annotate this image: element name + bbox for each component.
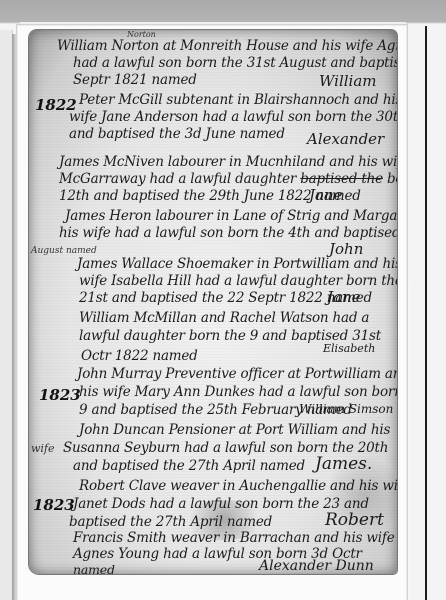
entry-6-line-1: William McMillan and Rachel Watson had a: [79, 310, 369, 326]
entry-3-line-2: McGarraway had a lawful daughter baptise…: [59, 171, 397, 187]
entry-3-child-name: Jane: [309, 186, 343, 204]
right-border-line: [425, 26, 427, 600]
entry-1-line-2: had a lawful son born the 31st August an…: [73, 55, 397, 71]
entry-10-line-1: Francis Smith weaver in Barrachan and hi…: [73, 530, 394, 546]
struck-out-text: baptised the: [300, 171, 383, 187]
entry-7-line-1: John Murray Preventive officer at Portwi…: [77, 366, 397, 382]
entry-8-line-3: and baptised the 27th April named: [73, 458, 305, 474]
entry-8-line-1: John Duncan Pensioner at Port William an…: [79, 422, 390, 438]
entry-5-line-1: James Wallace Shoemaker in Portwilliam a…: [77, 256, 397, 272]
entry-3-line-2-text: McGarraway had a lawful daughter: [59, 171, 296, 187]
entry-8-margin-word: wife: [31, 442, 55, 455]
entry-6-child-name: Elisabeth: [323, 342, 375, 355]
entry-7-child-name: William Simson: [299, 402, 393, 416]
right-margin-strip: [410, 26, 446, 600]
entry-7-year-margin: 1823: [39, 386, 81, 404]
entry-3-line-1: James McNiven labourer in Mucnhiland and…: [59, 154, 397, 170]
entry-4-line-1: James Heron labourer in Lane of Strig an…: [65, 208, 397, 224]
entry-3-line-2-tail: born the: [387, 171, 397, 187]
entry-6-line-3: Octr 1822 named: [81, 348, 198, 364]
entry-2-line-1: Peter McGill subtenant in Blairshannoch …: [79, 92, 397, 108]
entry-9-line-3: baptised the 27th April named: [69, 514, 272, 530]
entry-10-line-3: named: [73, 562, 115, 574]
entry-2-line-2: wife Jane Anderson had a lawful son born…: [69, 109, 397, 125]
entry-10-child-name: Alexander Dunn: [259, 558, 374, 574]
entry-1-line-1: William Norton at Monreith House and his…: [57, 38, 397, 54]
entry-1-line-3: Septr 1821 named: [73, 72, 197, 88]
entry-9-child-name: Robert: [325, 510, 384, 530]
entry-9-year-margin: 1823: [33, 496, 75, 514]
entry-2-line-3: and baptised the 3d June named: [69, 126, 285, 142]
entry-9-line-1: Robert Clave weaver in Auchengallie and …: [79, 478, 397, 494]
entry-7-line-2: his wife Mary Ann Dunkes had a lawful so…: [79, 384, 397, 400]
entry-4-line-2: his wife had a lawful son born the 4th a…: [59, 225, 397, 241]
register-page: Norton William Norton at Monreith House …: [29, 30, 397, 574]
entry-8-child-name: James.: [315, 454, 372, 474]
entry-2-child-name: Alexander: [307, 130, 384, 148]
entry-5-child-name: Jane: [327, 288, 361, 306]
entry-1-child-name: William: [319, 72, 377, 90]
entry-4-margin-note: August named: [31, 246, 97, 256]
scanned-register-image: Norton William Norton at Monreith House …: [0, 0, 446, 600]
entry-5-line-2: wife Isabella Hill had a lawful daughter…: [79, 273, 397, 289]
